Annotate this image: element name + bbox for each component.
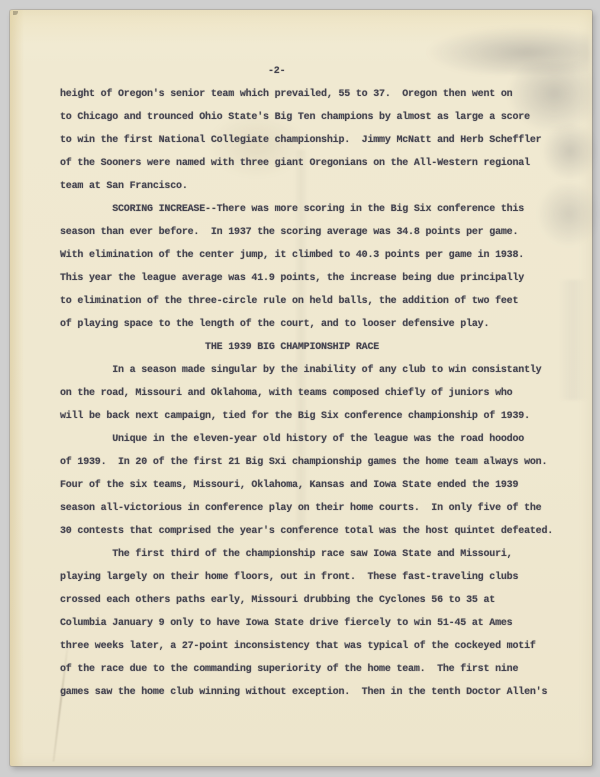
typewritten-line: SCORING INCREASE--There was more scoring… <box>60 198 570 221</box>
typewritten-line: The first third of the championship race… <box>60 543 570 566</box>
typewritten-line: This year the league average was 41.9 po… <box>60 267 570 290</box>
scan-background: -2- height of Oregon's senior team which… <box>0 0 600 777</box>
typewritten-line: of the Sooners were named with three gia… <box>60 152 570 175</box>
typewritten-line: season all-victorious in conference play… <box>60 497 570 520</box>
typewritten-line: With elimination of the center jump, it … <box>60 244 570 267</box>
typewritten-line: height of Oregon's senior team which pre… <box>60 83 570 106</box>
typewritten-line: 30 contests that comprised the year's co… <box>60 520 570 543</box>
typewritten-line: season than ever before. In 1937 the sco… <box>60 221 570 244</box>
typewritten-line: games saw the home club winning without … <box>60 681 570 704</box>
typewritten-line: to elimination of the three-circle rule … <box>60 290 570 313</box>
typewritten-line: In a season made singular by the inabili… <box>60 359 570 382</box>
typewritten-line: will be back next campaign, tied for the… <box>60 405 570 428</box>
typewritten-line: to Chicago and trounced Ohio State's Big… <box>60 106 570 129</box>
typed-text: height of Oregon's senior team which pre… <box>60 83 570 704</box>
paper: -2- height of Oregon's senior team which… <box>10 10 592 766</box>
typewritten-line: crossed each others paths early, Missour… <box>60 589 570 612</box>
page-number: -2- <box>268 60 285 83</box>
typewritten-line: Unique in the eleven-year old history of… <box>60 428 570 451</box>
typewritten-line: THE 1939 BIG CHAMPIONSHIP RACE <box>60 336 570 359</box>
typewritten-line: of 1939. In 20 of the first 21 Big Sxi c… <box>60 451 570 474</box>
typewritten-line: Four of the six teams, Missouri, Oklahom… <box>60 474 570 497</box>
typewritten-line: of the race due to the commanding superi… <box>60 658 570 681</box>
typewritten-line: on the road, Missouri and Oklahoma, with… <box>60 382 570 405</box>
bleed-through-smudge <box>425 26 590 74</box>
typewritten-line: Columbia January 9 only to have Iowa Sta… <box>60 612 570 635</box>
typewritten-line: playing largely on their home floors, ou… <box>60 566 570 589</box>
typewritten-line: to win the first National Collegiate cha… <box>60 129 570 152</box>
paper-corner-notch <box>13 11 18 15</box>
typewritten-line: three weeks later, a 27-point inconsiste… <box>60 635 570 658</box>
typewritten-line: team at San Francisco. <box>60 175 570 198</box>
typewritten-line: of playing space to the length of the co… <box>60 313 570 336</box>
